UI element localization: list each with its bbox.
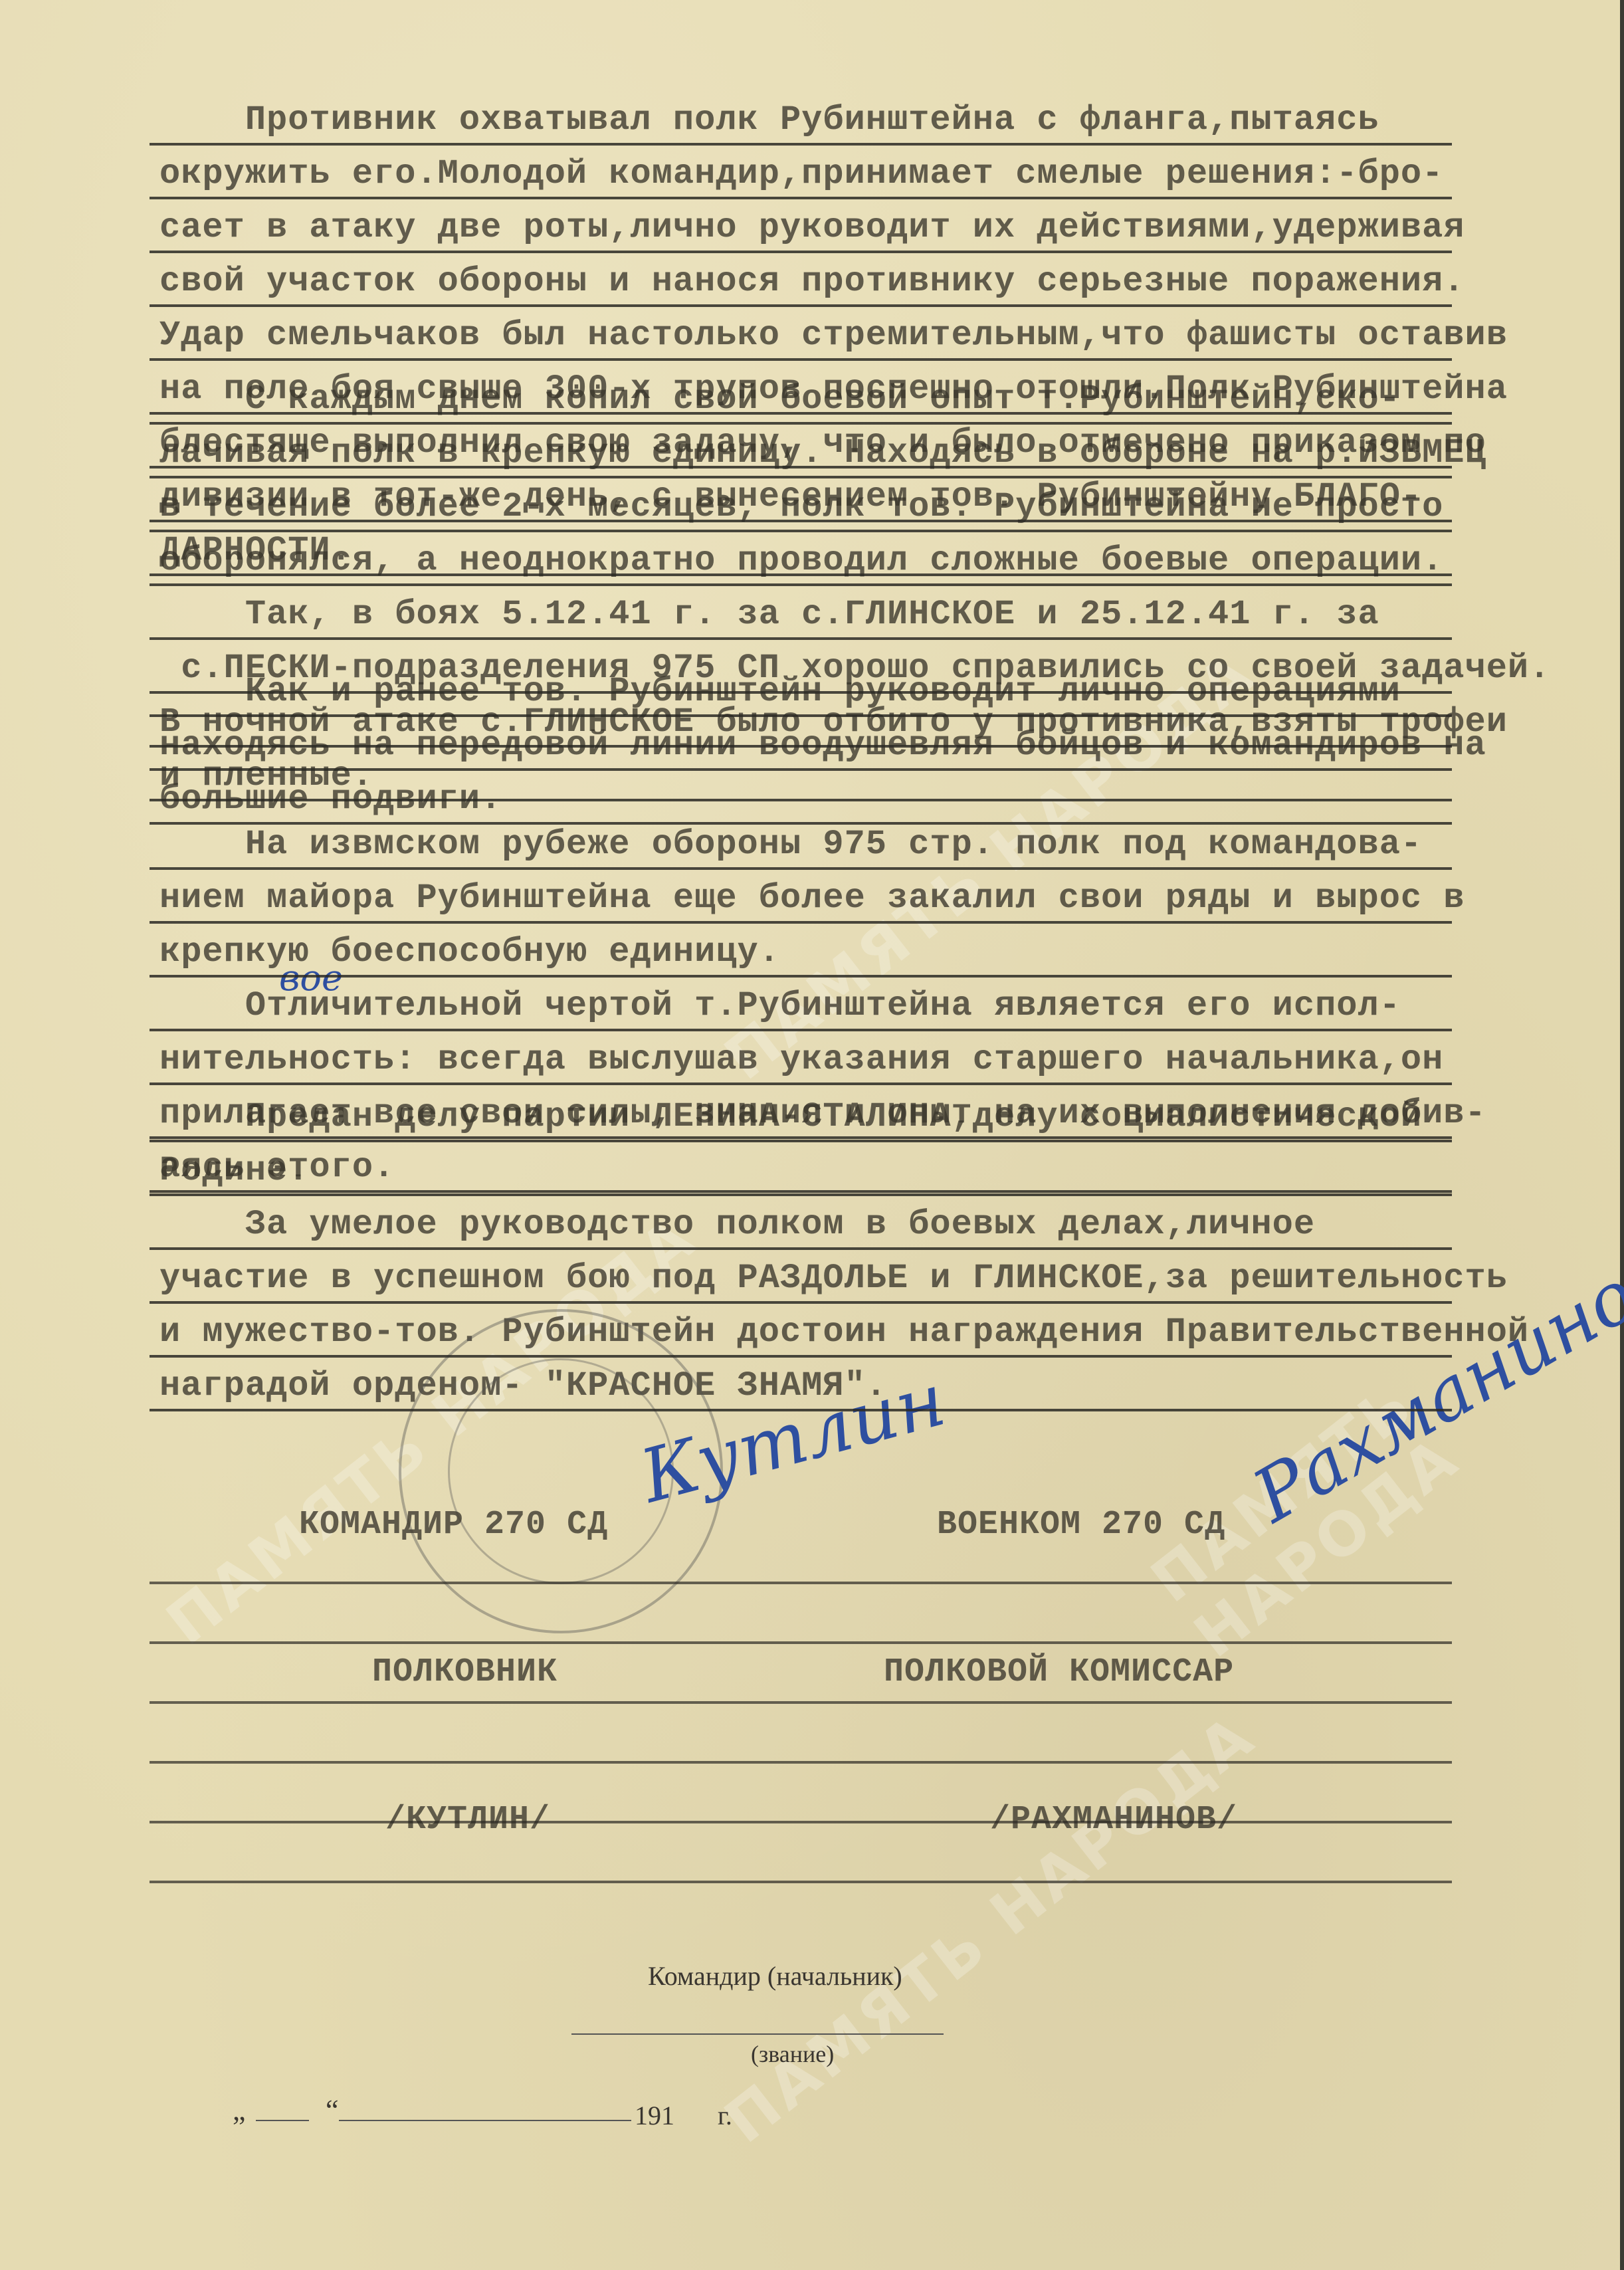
ruled-line bbox=[150, 1409, 1452, 1411]
ruled-line bbox=[150, 714, 1452, 717]
rank-label: (звание) bbox=[751, 2040, 834, 2068]
text-line: нительность: всегда выслушав указания ст… bbox=[159, 1033, 1595, 1086]
ruled-line bbox=[150, 1190, 1452, 1193]
ruled-line bbox=[150, 197, 1452, 199]
ruled-line bbox=[150, 745, 1452, 748]
ruled-line bbox=[150, 1701, 1452, 1704]
year-prefix: 191 bbox=[635, 2100, 674, 2131]
ruled-line bbox=[150, 1582, 1452, 1584]
ruled-line bbox=[150, 768, 1452, 771]
day-line bbox=[256, 2120, 309, 2121]
ruled-line bbox=[150, 822, 1452, 825]
ruled-line bbox=[150, 304, 1452, 307]
text-line: Отличительной чертой т.Рубинштейна являе… bbox=[159, 979, 1595, 1033]
text-line: Удар смельчаков был настолько стремитель… bbox=[159, 308, 1595, 362]
ruled-line bbox=[150, 573, 1452, 576]
text-line: С каждым днем копил свой боевой опыт т.Р… bbox=[159, 372, 1595, 426]
text-line: участие в успешном бою под РАЗДОЛЬЕ и ГЛ… bbox=[159, 1251, 1595, 1305]
ruled-line bbox=[150, 422, 1452, 425]
year-suffix: г. bbox=[718, 2100, 732, 2131]
ruled-line bbox=[150, 637, 1452, 640]
ruled-line bbox=[150, 867, 1452, 870]
month-line bbox=[339, 2120, 631, 2121]
ruled-line bbox=[150, 476, 1452, 478]
text-line: Противник охватывал полк Рубинштейна с ф… bbox=[159, 93, 1595, 147]
ruled-line bbox=[150, 1029, 1452, 1031]
ruled-line bbox=[150, 251, 1452, 253]
text-line: свой участок обороны и нанося противнику… bbox=[159, 255, 1595, 308]
handwritten-correction: вое bbox=[279, 957, 343, 999]
ruled-line bbox=[150, 975, 1452, 978]
ruled-line bbox=[150, 799, 1452, 801]
ruled-line bbox=[150, 358, 1452, 361]
rank-line bbox=[571, 2033, 944, 2035]
ruled-line bbox=[150, 583, 1452, 586]
ruled-line bbox=[150, 530, 1452, 532]
text-line: сает в атаку две роты,лично руководит их… bbox=[159, 201, 1595, 255]
text-line: нием майора Рубинштейна еще более закали… bbox=[159, 871, 1595, 925]
ruled-line bbox=[150, 1301, 1452, 1304]
text-line: За умелое руководство полком в боевых де… bbox=[159, 1197, 1595, 1251]
ruled-line bbox=[150, 143, 1452, 146]
ruled-line bbox=[150, 1083, 1452, 1085]
ruled-line bbox=[150, 1881, 1452, 1883]
signer-rank: ПОЛКОВОЙ КОМИССАР bbox=[884, 1648, 1624, 1697]
ruled-line bbox=[150, 1821, 1452, 1823]
text-line: в течение более 2-х месяцев, полк тов. Р… bbox=[159, 480, 1595, 534]
text-line: На извмском рубеже обороны 975 стр. полк… bbox=[159, 817, 1595, 871]
ruled-line bbox=[150, 412, 1452, 415]
ruled-line bbox=[150, 921, 1452, 924]
ruled-line bbox=[150, 1761, 1452, 1764]
ruled-line bbox=[150, 466, 1452, 468]
commander-label: Командир (начальник) bbox=[648, 1960, 902, 1992]
text-line: лачивая полк в крепкую единицу. Находясь… bbox=[159, 426, 1595, 480]
ruled-line bbox=[150, 1641, 1452, 1644]
ruled-line bbox=[150, 1247, 1452, 1250]
text-line: и мужество-тов. Рубинштейн достоин награ… bbox=[159, 1305, 1595, 1359]
ruled-line bbox=[150, 1355, 1452, 1358]
text-line: Родине. bbox=[159, 1144, 1595, 1197]
date-close-quote: “ bbox=[326, 2093, 339, 2127]
signer-name: /РАХМАНИНОВ/ bbox=[884, 1796, 1624, 1845]
ruled-line bbox=[150, 520, 1452, 522]
text-line: оборонялся, а неоднократно проводил слож… bbox=[159, 534, 1595, 587]
document-page: ПАМЯТЬ НАРОДА ПАМЯТЬ НАРОДА ПАМЯТЬ НАРОД… bbox=[0, 0, 1624, 2270]
text-line: окружить его.Молодой командир,принимает … bbox=[159, 147, 1595, 201]
ruled-line bbox=[150, 691, 1452, 694]
ruled-line bbox=[150, 1136, 1452, 1139]
text-line: Так, в боях 5.12.41 г. за с.ГЛИНСКОЕ и 2… bbox=[159, 587, 1595, 641]
ruled-line bbox=[150, 1193, 1452, 1196]
text-line: Предан делу партии ЛЕНИНА-СТАЛИНА,делу с… bbox=[159, 1090, 1595, 1144]
ruled-line bbox=[150, 1140, 1452, 1142]
date-open-quote: „ bbox=[233, 2093, 246, 2127]
text-line: крепкую боеспособную единицу. bbox=[159, 925, 1595, 979]
signer-title: ВОЕНКОМ 270 СД bbox=[884, 1500, 1624, 1550]
